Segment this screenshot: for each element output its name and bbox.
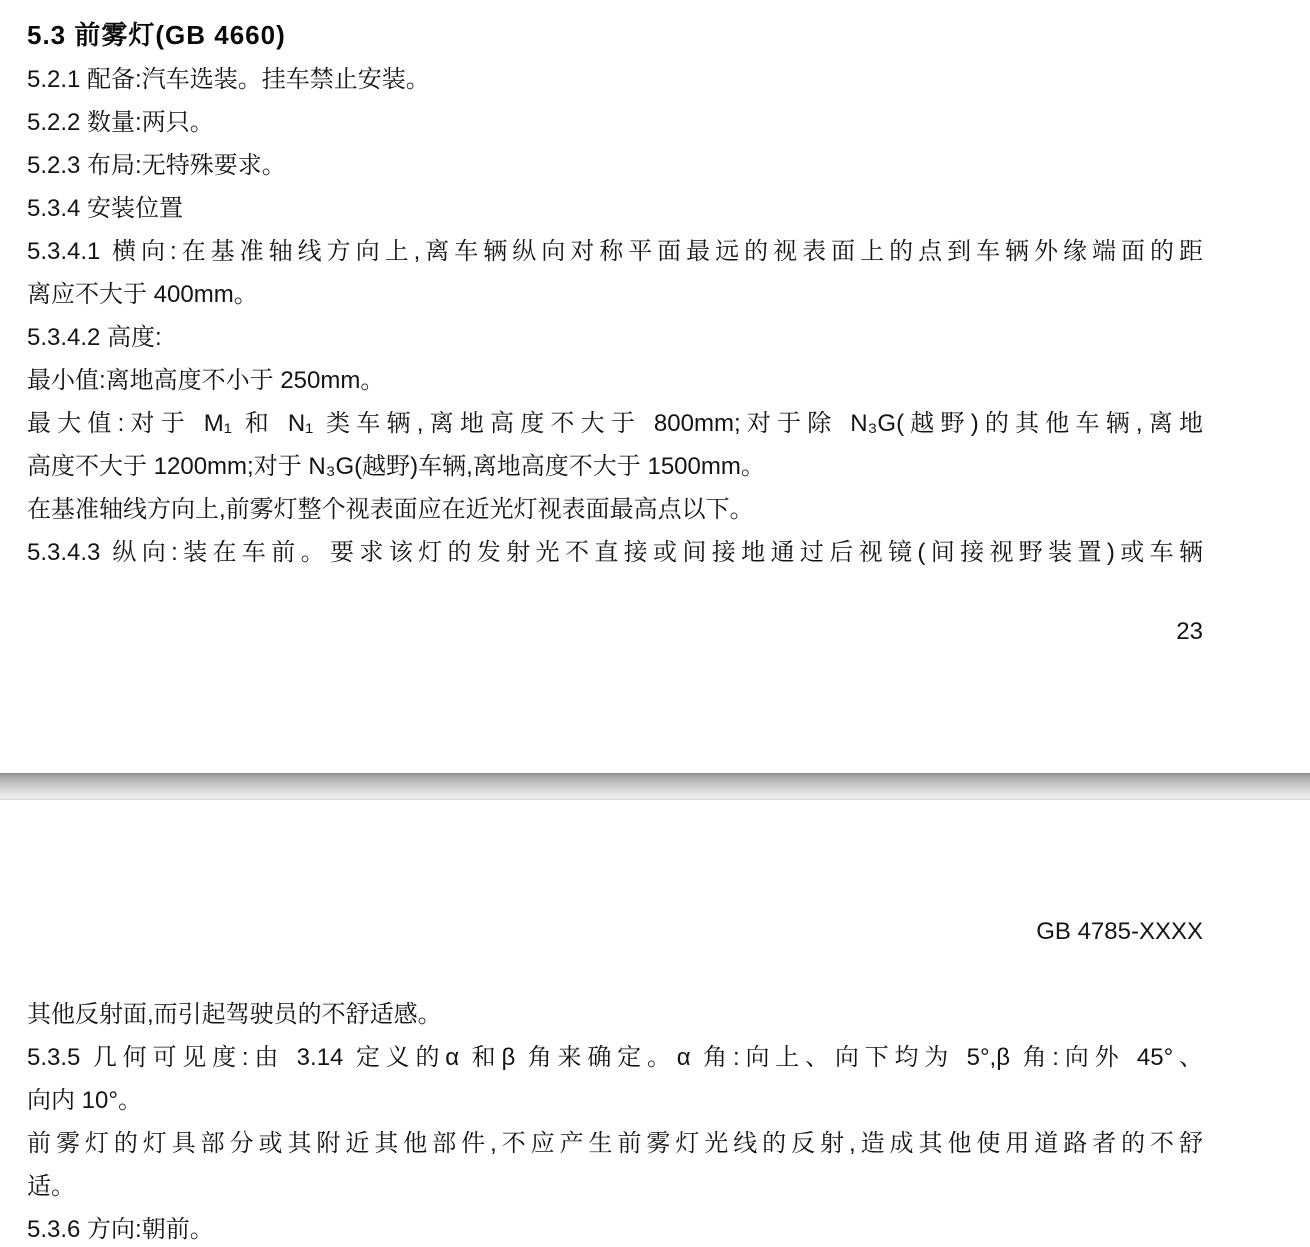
text-line: 向内 10°。	[27, 1079, 1203, 1122]
text-line: 5.3.6 方向:朝前。	[27, 1208, 1203, 1247]
running-header: GB 4785-XXXX	[27, 910, 1203, 953]
page2-text-block: 其他反射面,而引起驾驶员的不舒适感。5.3.5 几何可见度:由 3.14 定义的…	[27, 993, 1203, 1247]
text-line: 在基准轴线方向上,前雾灯整个视表面应在近光灯视表面最高点以下。	[27, 488, 1203, 531]
page-2: GB 4785-XXXX 其他反射面,而引起驾驶员的不舒适感。5.3.5 几何可…	[0, 910, 1310, 1247]
text-line: 5.2.2 数量:两只。	[27, 101, 1203, 144]
text-line: 最大值:对于 M₁ 和 N₁ 类车辆,离地高度不大于 800mm;对于除 N₃G…	[27, 402, 1203, 445]
text-line: 高度不大于 1200mm;对于 N₃G(越野)车辆,离地高度不大于 1500mm…	[27, 445, 1203, 488]
text-line: 5.2.1 配备:汽车选装。挂车禁止安装。	[27, 58, 1203, 101]
text-line: 前雾灯的灯具部分或其附近其他部件,不应产生前雾灯光线的反射,造成其他使用道路者的…	[27, 1122, 1203, 1165]
text-line: 其他反射面,而引起驾驶员的不舒适感。	[27, 993, 1203, 1036]
page-divider	[0, 773, 1310, 800]
text-line: 5.2.3 布局:无特殊要求。	[27, 144, 1203, 187]
page-number: 23	[27, 610, 1203, 653]
page1-text-block: 5.2.1 配备:汽车选装。挂车禁止安装。5.2.2 数量:两只。5.2.3 布…	[27, 58, 1203, 574]
text-line: 适。	[27, 1165, 1203, 1208]
text-line: 5.3.4.3 纵向:装在车前。要求该灯的发射光不直接或间接地通过后视镜(间接视…	[27, 531, 1203, 574]
section-heading: 5.3 前雾灯(GB 4660)	[27, 12, 1203, 58]
text-line: 5.3.4 安装位置	[27, 187, 1203, 230]
document-view: 5.3 前雾灯(GB 4660) 5.2.1 配备:汽车选装。挂车禁止安装。5.…	[0, 0, 1310, 1247]
text-line: 5.3.4.2 高度:	[27, 316, 1203, 359]
page-1: 5.3 前雾灯(GB 4660) 5.2.1 配备:汽车选装。挂车禁止安装。5.…	[0, 0, 1310, 653]
text-line: 5.3.5 几何可见度:由 3.14 定义的α 和β 角来确定。α 角:向上、向…	[27, 1036, 1203, 1079]
text-line: 最小值:离地高度不小于 250mm。	[27, 359, 1203, 402]
text-line: 5.3.4.1 横向:在基准轴线方向上,离车辆纵向对称平面最远的视表面上的点到车…	[27, 230, 1203, 273]
text-line: 离应不大于 400mm。	[27, 273, 1203, 316]
